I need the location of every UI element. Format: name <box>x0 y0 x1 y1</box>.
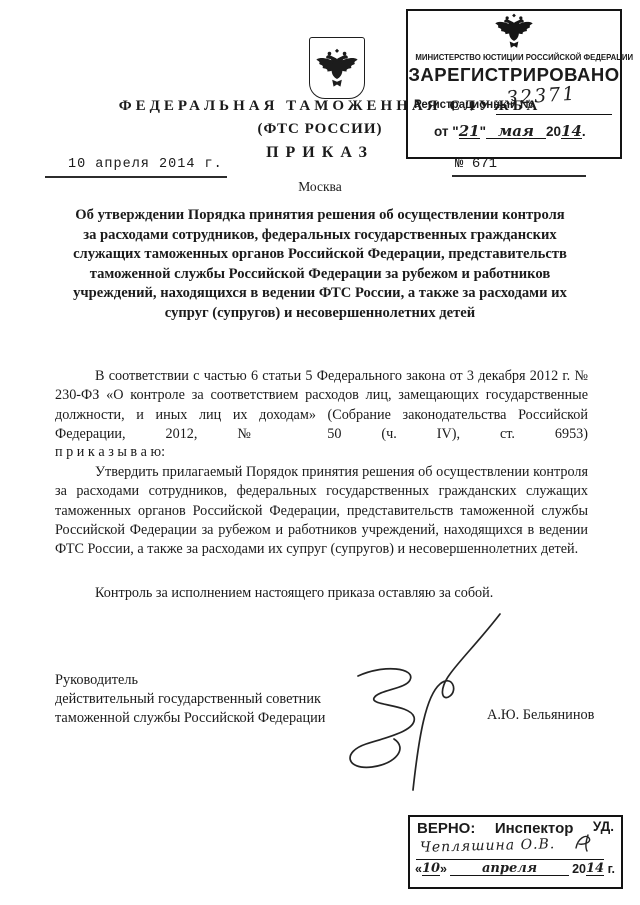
decree-word: п р и к а з ы в а ю: <box>55 444 165 461</box>
cert-position: Инспектор <box>495 820 574 837</box>
double-headed-eagle-icon <box>315 48 359 88</box>
year-suffix: . <box>582 124 586 139</box>
reg-month-handwritten: мая <box>486 124 546 139</box>
reg-year-handwritten: 14 <box>561 124 582 139</box>
handwritten-initial-signature <box>572 832 596 854</box>
city-name: Москва <box>0 179 640 195</box>
signer-position-line: Руководитель <box>55 672 138 689</box>
customs-emblem-box <box>309 37 365 99</box>
reg-date-line: от "21"мая2014. <box>434 124 586 139</box>
title-line: за расходами сотрудников, федеральных го… <box>55 226 585 246</box>
year-prefix: 20 <box>546 124 561 139</box>
from-label: от <box>434 124 449 139</box>
ministry-name: МИНИСТЕРСТВО ЮСТИЦИИ РОССИЙСКОЙ ФЕДЕРАЦИ… <box>415 52 612 62</box>
double-headed-eagle-icon <box>494 13 534 49</box>
certification-stamp: ВЕРНО: Инспектор УД. Чепляшина О.В. «10»… <box>408 815 623 889</box>
title-line: Об утверждении Порядка принятия решения … <box>55 206 585 226</box>
cert-unit: УД. <box>593 819 614 834</box>
body-paragraph-approval: Утвердить прилагаемый Порядок принятия р… <box>55 463 588 559</box>
registration-stamp: МИНИСТЕРСТВО ЮСТИЦИИ РОССИЙСКОЙ ФЕДЕРАЦИ… <box>406 9 622 159</box>
close-quote: » <box>440 862 447 876</box>
cert-name-handwritten: Чепляшина О.В. <box>420 836 556 856</box>
reg-number-underline <box>496 114 612 115</box>
verno-label: ВЕРНО: <box>417 820 475 837</box>
signer-position-line: таможенной службы Российской Федерации <box>55 710 325 727</box>
reg-day-handwritten: 21 <box>459 124 480 139</box>
title-line: супруг (супругов) и несовершеннолетних д… <box>55 304 585 324</box>
reg-number-handwritten: 32371 <box>505 83 577 110</box>
body-paragraph-legal-basis: В соответствии с частью 6 статьи 5 Федер… <box>55 367 588 444</box>
date-underline <box>45 176 227 178</box>
cert-date-row: «10»апреля2014 г. <box>415 862 615 876</box>
title-line: служащих таможенных органов Российской Ф… <box>55 245 585 265</box>
cert-month-handwritten: апреля <box>450 863 569 876</box>
cert-year-handwritten: 14 <box>586 863 604 876</box>
title-line: учреждений, находящихся в ведении ФТС Ро… <box>55 284 585 304</box>
body-paragraph-control: Контроль за исполнением настоящего прика… <box>55 584 588 603</box>
document-date: 10 апреля 2014 г. <box>68 157 223 172</box>
signer-position-line: действительный государственный советник <box>55 691 321 708</box>
order-title: Об утверждении Порядка принятия решения … <box>55 206 585 324</box>
year-prefix: 20 <box>572 862 586 876</box>
open-quote: « <box>415 862 422 876</box>
cert-day-handwritten: 10 <box>422 863 440 876</box>
year-suffix: г. <box>608 862 615 876</box>
title-line: таможенной службы Российской Федерации з… <box>55 265 585 285</box>
registered-label: ЗАРЕГИСТРИРОВАНО <box>408 64 620 86</box>
number-underline <box>452 175 586 177</box>
document-page: ФЕДЕРАЛЬНАЯ ТАМОЖЕННАЯ СЛУЖБА (ФТС РОССИ… <box>0 0 640 905</box>
handwritten-signature <box>322 610 522 795</box>
cert-name-underline <box>416 859 604 860</box>
